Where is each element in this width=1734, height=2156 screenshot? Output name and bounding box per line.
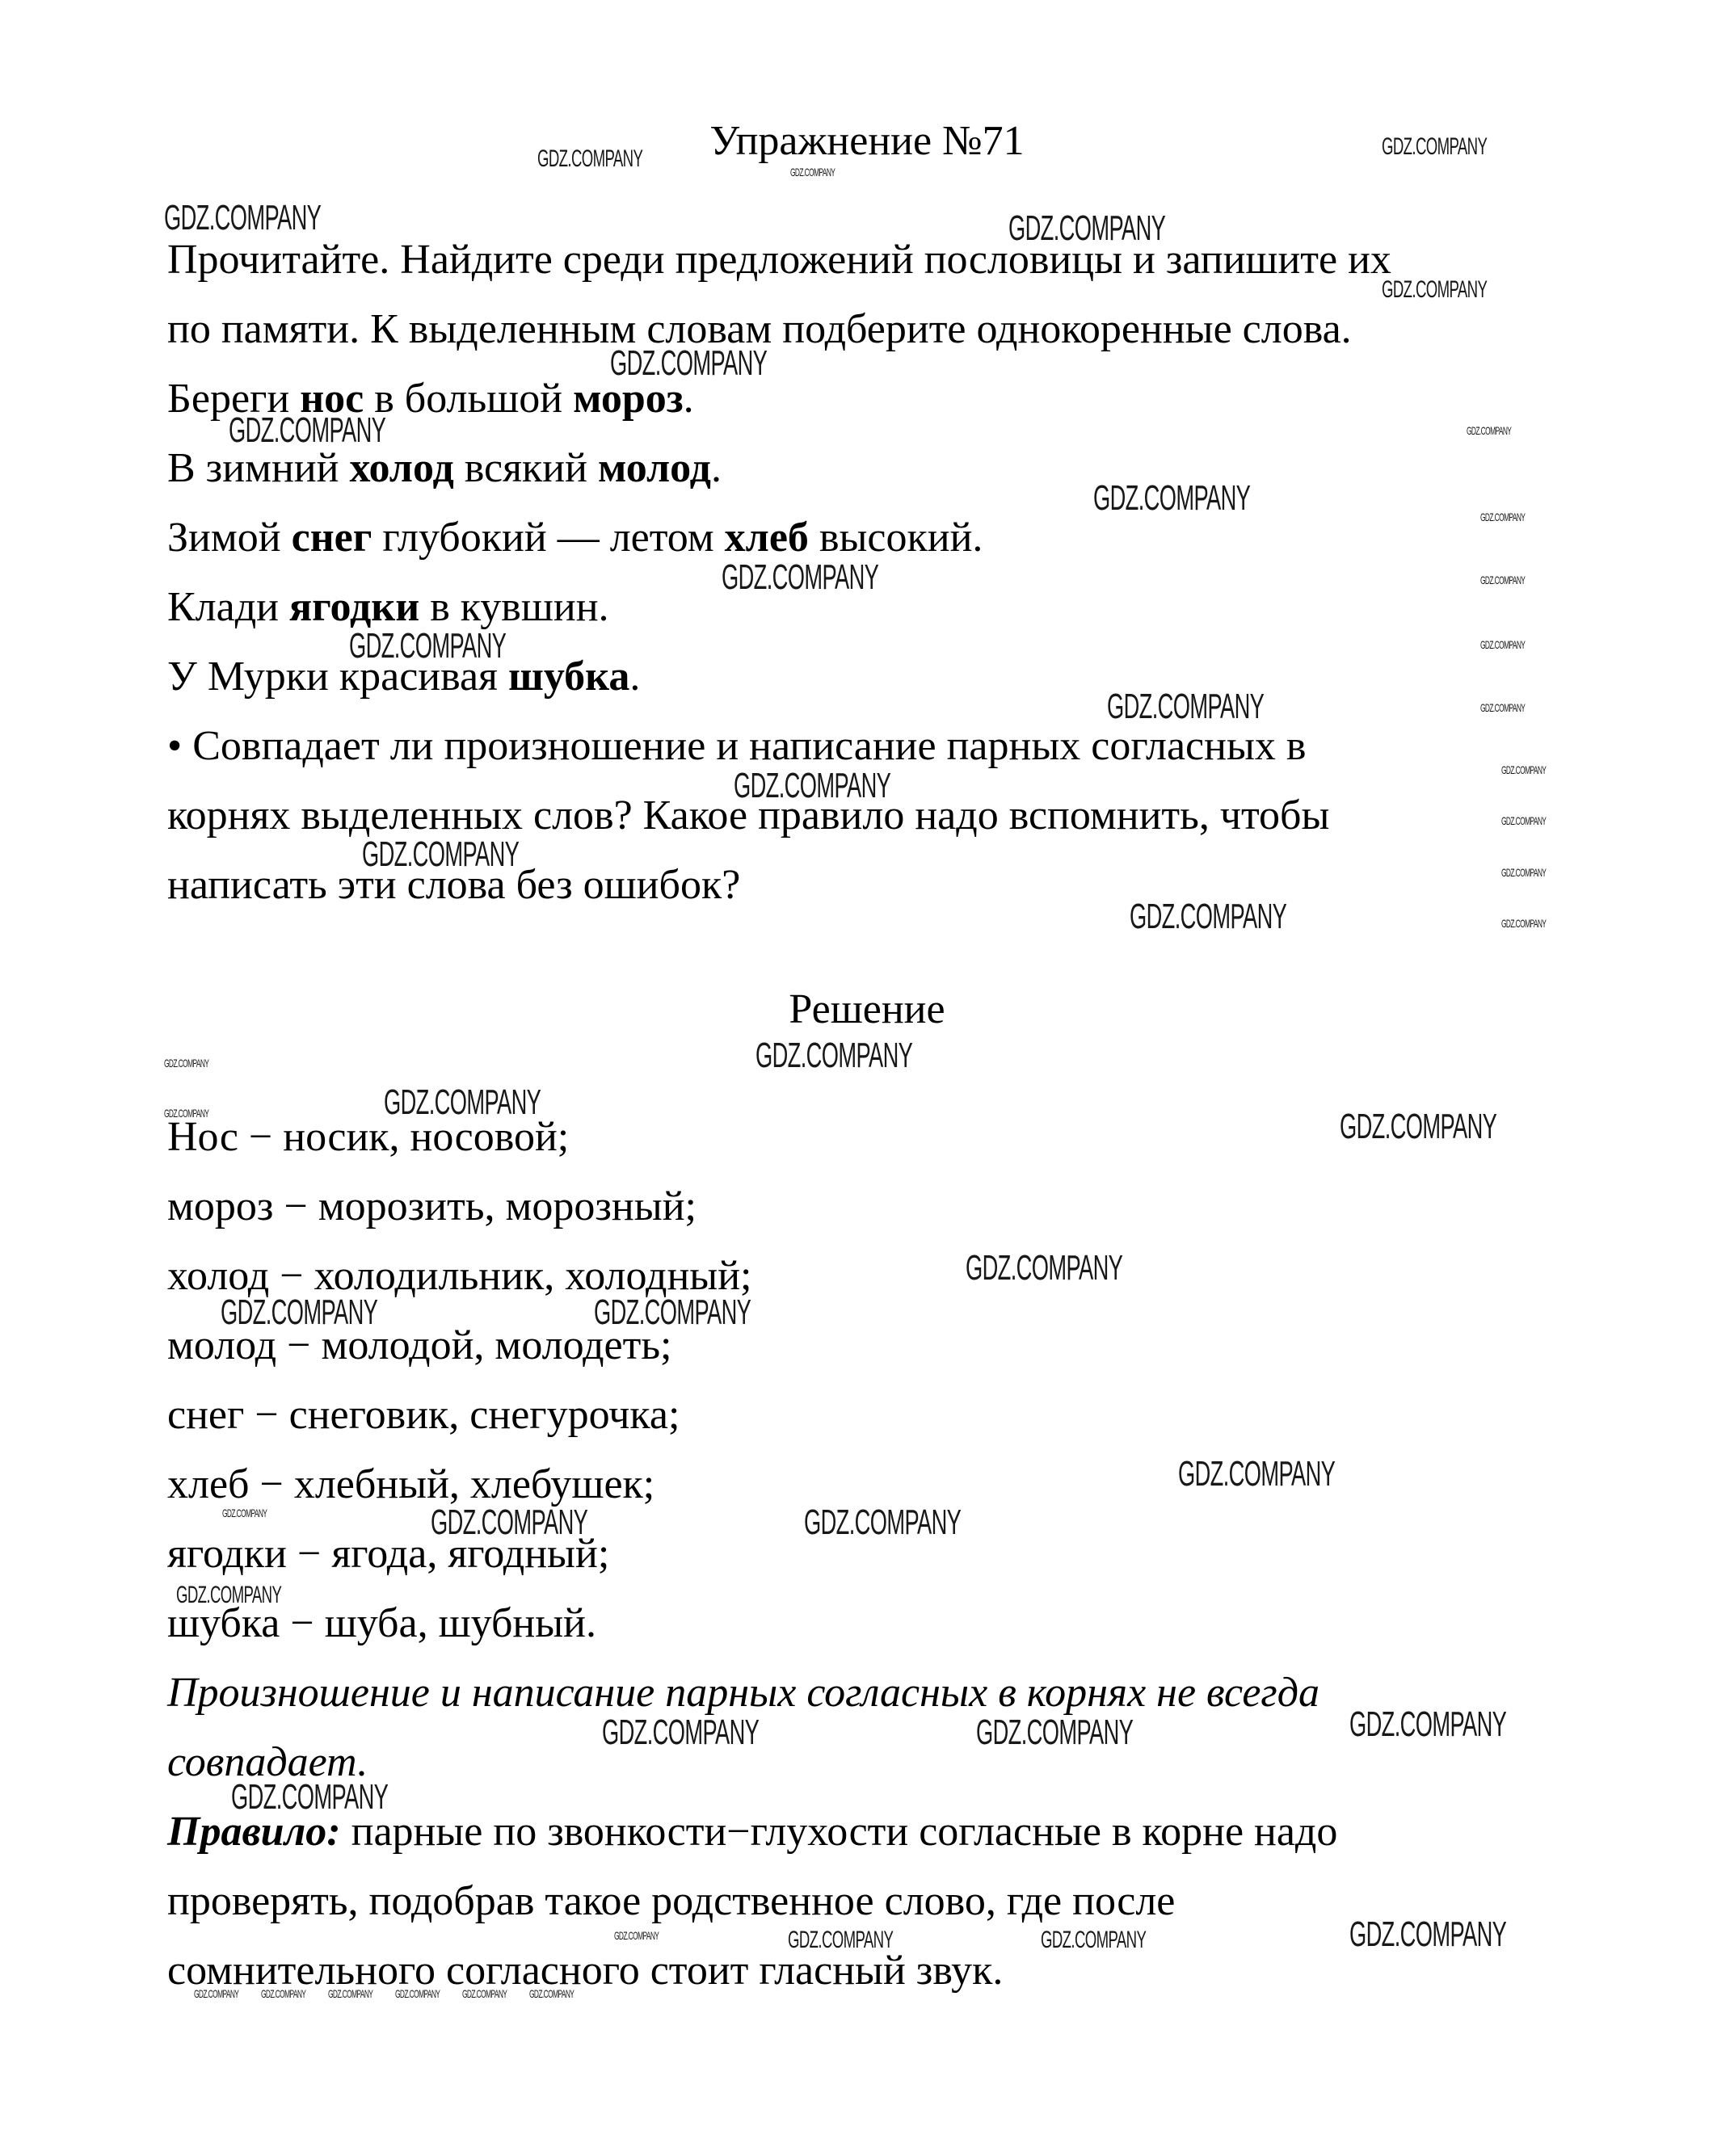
watermark: GDZ.COMPANY: [1467, 424, 1511, 437]
watermark: GDZ.COMPANY: [221, 1292, 377, 1333]
watermark: GDZ.COMPANY: [229, 410, 385, 451]
watermark: GDZ.COMPANY: [1501, 763, 1546, 776]
watermark: GDZ.COMPANY: [734, 766, 890, 806]
watermark: GDZ.COMPANY: [1041, 1927, 1146, 1954]
question-line-1: • Совпадает ли произношение и написание …: [167, 722, 1306, 771]
watermark: GDZ.COMPANY: [1501, 814, 1546, 827]
watermark: GDZ.COMPANY: [431, 1502, 587, 1543]
watermark: GDZ.COMPANY: [164, 1057, 208, 1070]
watermark: GDZ.COMPANY: [790, 166, 835, 179]
watermark: GDZ.COMPANY: [362, 834, 519, 875]
watermark: GDZ.COMPANY: [231, 1777, 388, 1818]
watermark: GDZ.COMPANY: [1501, 917, 1546, 930]
watermark: GDZ.COMPANY: [529, 1987, 574, 2000]
watermark: GDZ.COMPANY: [349, 626, 506, 666]
watermark: GDZ.COMPANY: [602, 1713, 759, 1753]
rule-line-2: проверять, подобрав такое родственное сл…: [167, 1877, 1175, 1926]
watermark: GDZ.COMPANY: [328, 1987, 372, 2000]
watermark: GDZ.COMPANY: [1349, 1914, 1506, 1955]
watermark: GDZ.COMPANY: [164, 1107, 208, 1120]
solution-heading: Решение: [0, 986, 1734, 1034]
watermark: GDZ.COMPANY: [610, 343, 767, 384]
watermark: GDZ.COMPANY: [614, 1929, 659, 1942]
watermark: GDZ.COMPANY: [1349, 1704, 1506, 1745]
watermark: GDZ.COMPANY: [1107, 687, 1264, 727]
task-line-1: Прочитайте. Найдите среди предложений по…: [167, 236, 1391, 284]
watermark: GDZ.COMPANY: [722, 557, 878, 598]
watermark: GDZ.COMPANY: [384, 1082, 541, 1123]
watermark: GDZ.COMPANY: [176, 1582, 281, 1609]
watermark: GDZ.COMPANY: [594, 1292, 751, 1333]
watermark: GDZ.COMPANY: [1178, 1454, 1335, 1494]
watermark: GDZ.COMPANY: [395, 1987, 440, 2000]
conclusion-line-1: Произношение и написание парных согласны…: [167, 1669, 1319, 1717]
watermark: GDZ.COMPANY: [1093, 478, 1250, 519]
sentence-2: В зимний холод всякий молод.: [167, 444, 722, 493]
watermark: GDZ.COMPANY: [788, 1927, 893, 1954]
watermark: GDZ.COMPANY: [164, 198, 321, 238]
watermark: GDZ.COMPANY: [537, 145, 642, 173]
watermark: GDZ.COMPANY: [1130, 897, 1286, 937]
sentence-3: Зимой снег глубокий — летом хлеб высокий…: [167, 514, 983, 562]
watermark: GDZ.COMPANY: [1480, 638, 1525, 651]
watermark: GDZ.COMPANY: [1480, 701, 1525, 714]
answer-6: хлеб − хлебный, хлебушек;: [167, 1460, 654, 1509]
watermark: GDZ.COMPANY: [1382, 133, 1487, 161]
watermark: GDZ.COMPANY: [1008, 208, 1165, 249]
watermark: GDZ.COMPANY: [1340, 1107, 1496, 1147]
watermark: GDZ.COMPANY: [194, 1987, 238, 2000]
watermark: GDZ.COMPANY: [1382, 276, 1487, 304]
watermark: GDZ.COMPANY: [966, 1248, 1122, 1288]
watermark: GDZ.COMPANY: [261, 1987, 305, 2000]
answer-2: мороз − морозить, морозный;: [167, 1183, 697, 1231]
watermark: GDZ.COMPANY: [804, 1502, 961, 1543]
watermark: GDZ.COMPANY: [462, 1987, 507, 2000]
watermark: GDZ.COMPANY: [1501, 866, 1546, 879]
watermark: GDZ.COMPANY: [976, 1713, 1133, 1753]
watermark: GDZ.COMPANY: [1480, 574, 1525, 586]
watermark: GDZ.COMPANY: [1480, 511, 1525, 523]
watermark: GDZ.COMPANY: [755, 1036, 912, 1076]
sentence-4: Клади ягодки в кувшин.: [167, 583, 609, 632]
watermark: GDZ.COMPANY: [222, 1507, 267, 1519]
answer-5: снег − снеговик, снегурочка;: [167, 1391, 680, 1439]
